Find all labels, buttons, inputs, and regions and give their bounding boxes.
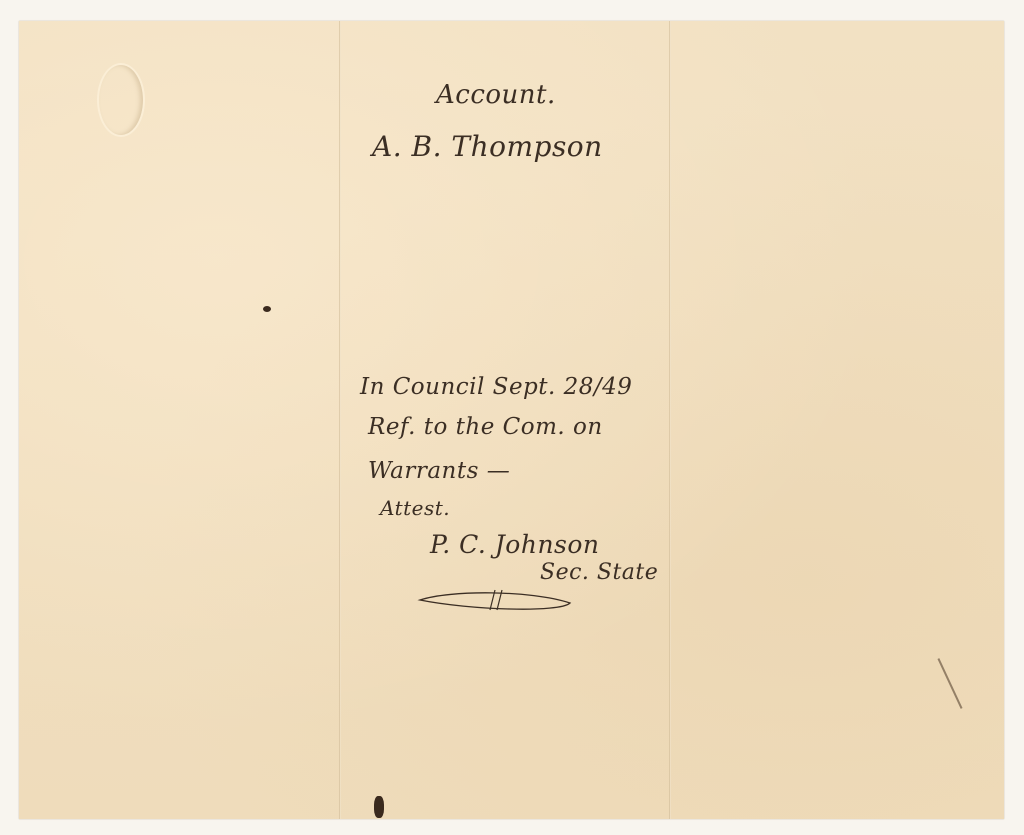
endorsement-attest: Attest. — [380, 496, 450, 520]
signature-flourish-icon — [410, 585, 580, 615]
endorsement-line-3: Warrants — — [368, 458, 510, 484]
fold-line-right — [669, 21, 671, 819]
docket-heading: Account. — [436, 80, 556, 110]
fold-line-left — [339, 21, 341, 819]
ink-blot — [374, 796, 384, 818]
endorsement-signature: P. C. Johnson — [430, 530, 600, 559]
endorsement-line-1: In Council Sept. 28/49 — [360, 374, 632, 400]
docket-name: A. B. Thompson — [372, 130, 603, 163]
endorsement-title: Sec. State — [540, 560, 658, 585]
endorsement-line-2: Ref. to the Com. on — [368, 414, 603, 440]
embossed-seal-icon — [97, 63, 145, 137]
paper-scratch — [937, 658, 962, 709]
ink-spot — [263, 306, 271, 312]
